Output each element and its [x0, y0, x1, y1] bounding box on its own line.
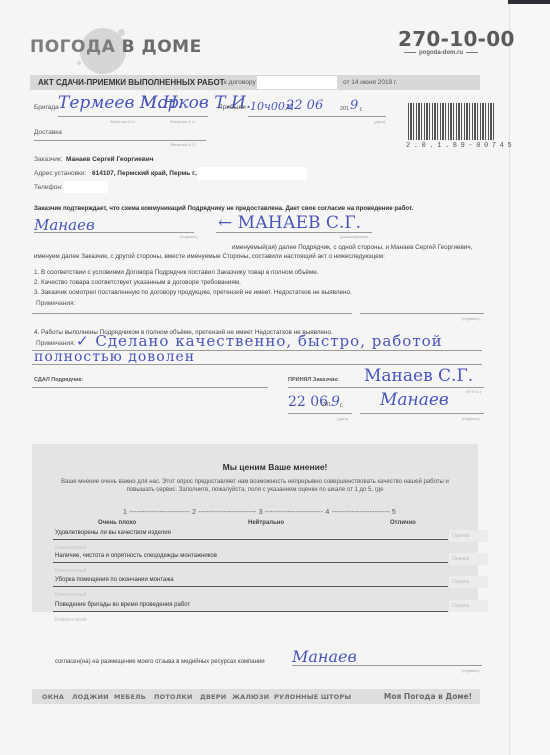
contract-label: к договору	[224, 79, 256, 86]
footer-category-loggias: ЛОДЖИИ	[72, 693, 109, 701]
handed-label: СДАЛ Подрядчик:	[34, 377, 83, 383]
logo-text-part2: В ДОМЕ	[115, 37, 201, 57]
delivery-line	[34, 140, 206, 141]
accepted-name-line	[288, 387, 484, 388]
rating-scale: 1 ------------------------ 2 -----------…	[123, 509, 396, 516]
customer-label: Заказчик:	[34, 156, 63, 163]
logo-dot-icon	[118, 29, 125, 36]
footer-category-furniture: МЕБЕЛЬ	[114, 693, 146, 701]
consent-name-line	[216, 232, 372, 233]
contract-number-redacted	[257, 76, 337, 89]
survey-score-1-input[interactable]: Оценка	[449, 530, 488, 542]
consent-name-handwritten: ← МАНАЕВ С.Г.	[218, 213, 361, 233]
survey-question-4: Поведение бригады во время проведения ра…	[55, 602, 190, 608]
page-edge	[509, 0, 550, 755]
survey-question-2-line	[53, 562, 448, 563]
handed-line	[32, 387, 268, 388]
agreement-line1: именуемый(ая) далее Подрядчик, с одной с…	[232, 243, 472, 252]
contract-date: от 14 июня 2019 г.	[343, 79, 397, 86]
agreement-notes-label: Примечания:	[36, 300, 75, 307]
arrived-date-handwritten: 22 06	[286, 98, 323, 113]
delivery-label: Доставка	[34, 129, 62, 136]
accepted-year-suffix: г.	[340, 402, 343, 409]
delivery-caption: Фамилия И.О.	[170, 142, 196, 147]
works-notes-handwritten-line1: ✓ Сделано качественно, быстро, работой	[76, 332, 443, 350]
survey-score-2-input[interactable]: Оценка	[449, 553, 488, 565]
survey-question-3-line	[53, 586, 448, 587]
barcode-number: 2.0.1.89-00745	[406, 142, 515, 150]
survey-comment-2-input[interactable]: Комментарий	[55, 568, 87, 574]
accepted-year-prefix: 201	[322, 402, 331, 408]
scale-low-label: Очень плохо	[98, 520, 136, 526]
survey-comment-1-input[interactable]: Комментарий	[55, 545, 87, 551]
barcode	[408, 103, 494, 140]
agreement-item-2: 2. Качество товара соответствует указанн…	[34, 278, 241, 287]
footer-category-ceilings: ПОТОЛКИ	[154, 693, 192, 701]
review-consent-signature-handwritten: Манаев	[292, 647, 357, 666]
company-phone: 270-10-00	[398, 27, 515, 51]
accepted-date-line	[288, 413, 352, 414]
logo-text-part1: ПОГОДА	[30, 37, 115, 57]
logo-dot-icon	[77, 61, 81, 65]
consent-statement: Заказчик подтверждает, что схема коммуни…	[34, 205, 413, 212]
customer-name: Манаев Сергей Георгиевич	[66, 156, 153, 163]
crew-line	[58, 116, 208, 117]
accepted-date-caption: (дата)	[337, 416, 348, 421]
consent-signature-caption: (подпись)	[180, 234, 198, 239]
crew-label: Бригада	[34, 104, 59, 111]
agreement-item-3: 3. Заказчик осмотрел поставленную по дог…	[34, 288, 352, 297]
document-title-bar: АКТ СДАЧИ-ПРИЕМКИ ВЫПОЛНЕННЫХ РАБОТ к до…	[30, 75, 480, 90]
survey-question-2: Наличие, чистота и опрятность спецодежды…	[55, 553, 217, 559]
works-notes-line2	[32, 364, 482, 365]
survey-intro: Ваше мнение очень важно для нас. Этот оп…	[50, 478, 460, 494]
survey-score-3-input[interactable]: Оценка	[449, 576, 488, 588]
accepted-year-handwritten: 9	[331, 394, 340, 410]
survey-question-4-line	[53, 611, 448, 612]
survey-title: Мы ценим Ваше мнение!	[0, 462, 550, 472]
arrived-date-caption: (дата)	[374, 119, 385, 124]
crew-caption1: Фамилия И.О.	[110, 119, 136, 124]
agreement-signature-line	[360, 313, 484, 314]
review-consent-line	[292, 665, 482, 666]
accepted-signature-line	[360, 413, 484, 414]
footer-category-blinds: ЖАЛЮЗИ	[232, 693, 269, 701]
agreement-line2: именуем далее Заказчик, с другой стороны…	[34, 252, 385, 261]
survey-question-3: Уборка помещения по окончании монтажа	[55, 577, 174, 583]
works-notes-label: Примечания:	[36, 340, 75, 347]
document-title: АКТ СДАЧИ-ПРИЕМКИ ВЫПОЛНЕННЫХ РАБОТ	[38, 78, 225, 87]
footer-bar: ОКНА ЛОДЖИИ МЕБЕЛЬ ПОТОЛКИ ДВЕРИ ЖАЛЮЗИ …	[32, 689, 480, 704]
accepted-label: ПРИНЯЛ Заказчик:	[288, 377, 339, 383]
address-value: 614107, Пермский край, Пермь г.,	[92, 170, 198, 177]
survey-comment-4-input[interactable]: Комментарий	[55, 617, 87, 623]
consent-signature-line	[34, 232, 194, 233]
address-redacted	[197, 167, 307, 180]
accepted-name-caption: (Ф.И.О.)	[466, 389, 481, 394]
survey-score-4-input[interactable]: Оценка	[449, 600, 488, 612]
accepted-signature-handwritten: Манаев	[380, 390, 449, 410]
footer-category-roller-blinds: РУЛОННЫЕ ШТОРЫ	[274, 693, 351, 701]
review-consent-text: согласен(на) на размещение моего отзыва …	[55, 658, 265, 667]
footer-category-windows: ОКНА	[42, 693, 64, 701]
arrived-year-suffix: г.	[360, 106, 363, 113]
agreement-item-1: 1. В соответствии с условиями Договора П…	[34, 268, 318, 277]
arrived-label: Прибыли	[218, 104, 246, 111]
scale-high-label: Отлично	[390, 520, 416, 526]
accepted-name-handwritten: Манаев С.Г.	[364, 366, 473, 386]
survey-question-1-line	[53, 539, 448, 540]
review-consent-caption: (подпись)	[462, 668, 480, 673]
arrived-year-prefix: 201	[340, 106, 349, 112]
survey-question-1: Удовлетворены ли вы качеством изделия	[55, 530, 171, 536]
scanner-edge	[508, 0, 550, 4]
accepted-signature-caption: (подпись)	[462, 416, 480, 421]
footer-category-doors: ДВЕРИ	[200, 693, 226, 701]
address-label: Адрес установки:	[34, 170, 86, 177]
phone-redacted	[64, 181, 108, 193]
crew-caption2: Фамилия И.О.	[170, 119, 196, 124]
agreement-notes-caption: (подпись)	[462, 316, 480, 321]
scale-mid-label: Нейтрально	[248, 520, 284, 526]
survey-comment-3-input[interactable]: Комментарий	[55, 592, 87, 598]
phone-label: Телефон:	[34, 184, 63, 191]
works-notes-handwritten-line2: полностью доволен	[34, 349, 195, 365]
company-logo: ПОГОДА В ДОМЕ	[30, 37, 202, 57]
footer-slogan: Моя Погода в Доме!	[384, 692, 472, 701]
arrived-year-handwritten: 9	[350, 98, 358, 113]
arrived-line	[248, 116, 386, 117]
company-website: pogoda-dom.ru	[400, 50, 482, 56]
agreement-notes-line	[32, 313, 352, 314]
consent-name-caption: (расшифровка)	[340, 234, 368, 239]
